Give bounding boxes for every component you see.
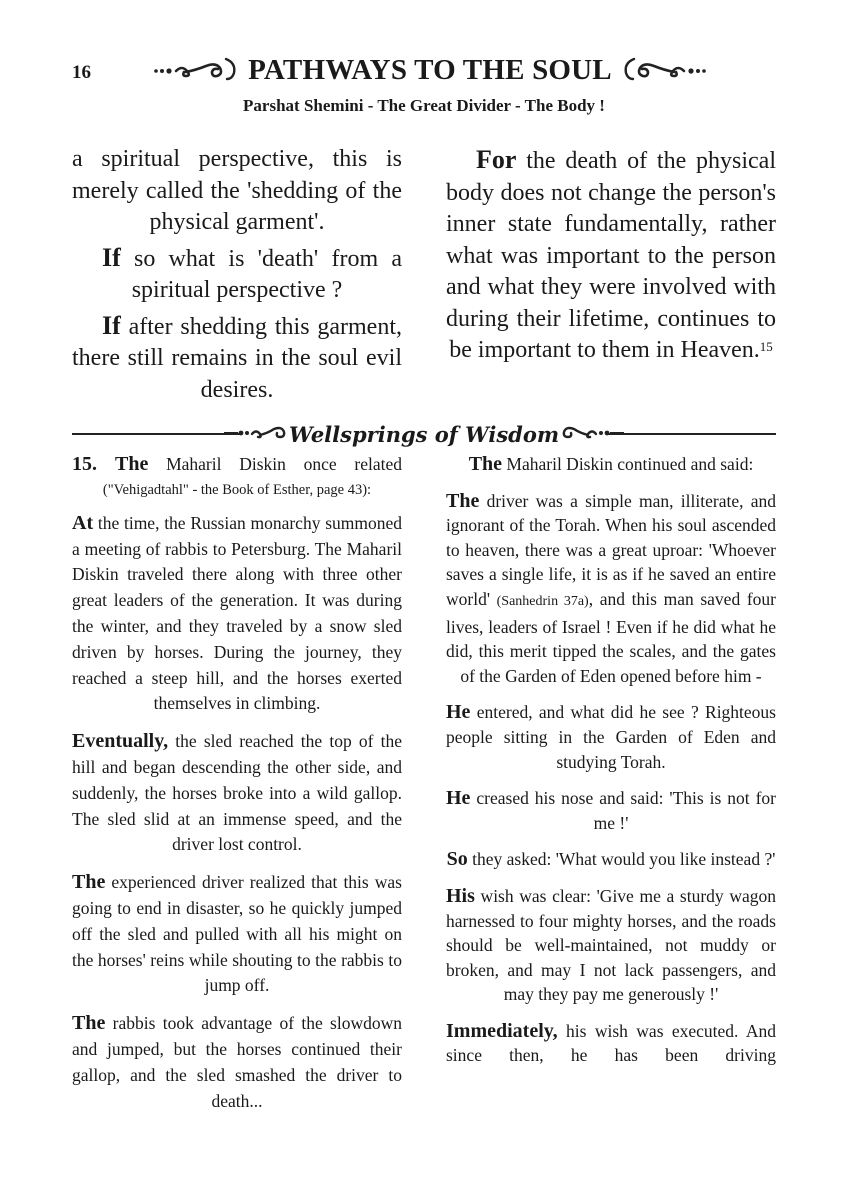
scroll-flourish-left-icon: [152, 55, 244, 86]
footnote-paragraph: The experienced driver realized that thi…: [72, 870, 402, 999]
chapter-subtitle: Parshat Shemini - The Great Divider - Th…: [72, 96, 776, 116]
citation: (Sanhedrin 37a): [497, 594, 589, 609]
main-text-right-column: For the death of the physical body does …: [446, 144, 776, 370]
paragraph: If so what is 'death' from a spiritual p…: [72, 242, 402, 307]
section-divider: Wellsprings of Wisdom: [72, 420, 776, 448]
footnote-paragraph: Eventually, the sled reached the top of …: [72, 729, 402, 858]
footnote-paragraph: The driver was a simple man, illiterate,…: [446, 489, 776, 689]
footnote-left-column: 15. The Maharil Diskin once related ("Ve…: [72, 452, 402, 1126]
divider-rule: [72, 433, 240, 435]
divider-rule: [608, 433, 776, 435]
paragraph: For the death of the physical body does …: [446, 144, 776, 367]
footnote-right-column: The Maharil Diskin continued and said: T…: [446, 452, 776, 1080]
footnote-paragraph: So they asked: 'What would you like inst…: [446, 847, 776, 872]
scroll-flourish-icon: [224, 422, 286, 447]
paragraph: a spiritual perspective, this is merely …: [72, 144, 402, 239]
footnote-paragraph: His wish was clear: 'Give me a sturdy wa…: [446, 884, 776, 1007]
footnote-paragraph: Immediately, his wish was executed. And …: [446, 1019, 776, 1068]
running-head: PATHWAYS TO THE SOUL: [130, 50, 730, 90]
book-title: PATHWAYS TO THE SOUL: [248, 54, 612, 87]
footnote-paragraph: The rabbis took advantage of the slowdow…: [72, 1011, 402, 1114]
citation: ("Vehigadtahl" - the Book of Esther, pag…: [72, 479, 402, 501]
main-text-left-column: a spiritual perspective, this is merely …: [72, 144, 402, 409]
footnote-paragraph: 15. The Maharil Diskin once related: [72, 452, 402, 478]
scroll-flourish-right-icon: [616, 55, 708, 86]
page-number: 16: [72, 62, 91, 84]
footnote-paragraph: He creased his nose and said: 'This is n…: [446, 786, 776, 835]
footnote-paragraph: At the time, the Russian monarchy summon…: [72, 511, 402, 717]
footnote-reference[interactable]: 15: [760, 339, 773, 354]
footnote-paragraph: The Maharil Diskin continued and said:: [446, 452, 776, 477]
paragraph: If after shedding this garment, there st…: [72, 310, 402, 407]
section-title: Wellsprings of Wisdom: [289, 422, 559, 447]
footnote-paragraph: He entered, and what did he see ? Righte…: [446, 700, 776, 774]
